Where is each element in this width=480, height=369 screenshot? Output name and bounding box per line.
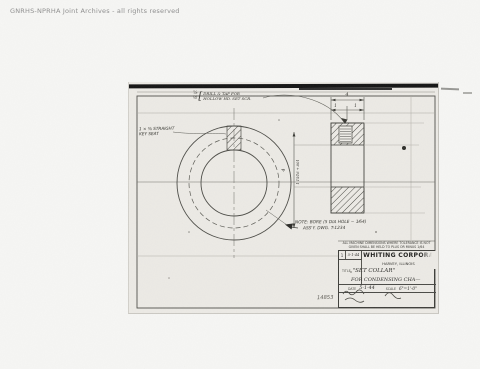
- date-label: DATE: [348, 287, 356, 291]
- archive-watermark: GNRHS-NPRHA Joint Archives - all rights …: [10, 7, 180, 15]
- scan-artifact-dash: [441, 88, 459, 91]
- set-screw-note: ⅝ ½ [ DRILL & TAP FOR HOLLOW HD. SET SCR…: [193, 92, 251, 101]
- keyseat-note-line2: KEY SEAT: [139, 131, 174, 137]
- tapped-hole: [339, 126, 352, 143]
- scale-value: 6"=1'-0": [399, 286, 417, 291]
- section-hatch-bottom: [331, 187, 364, 213]
- date-scale-row: DATE 5-1-44 SCALE 6"=1'-0": [339, 284, 436, 293]
- dim-width-left: 1: [330, 105, 341, 110]
- title-block: 1 5-1-44 WHITING CORPORA HARVEY, ILLINOI…: [338, 250, 435, 308]
- title-label: TITLE: [342, 269, 351, 273]
- title-value: "SET COLLAR": [353, 268, 395, 274]
- drawing-sheet: ⅝ ½ [ DRILL & TAP FOR HOLLOW HD. SET SCR…: [128, 82, 439, 314]
- set-screw-fractions: ⅝ ½: [193, 92, 197, 101]
- dim-bore-height: 1 15⁄16 +.001: [296, 155, 304, 189]
- keyseat-leader: [173, 132, 226, 134]
- tolerance-fine-print: ALL MACHINE DIMENSIONS WHERE TOLERANCE I…: [338, 241, 435, 249]
- set-screw-note-line2: HOLLOW HD. SET SCR.: [203, 97, 251, 102]
- note-bracket: [: [198, 92, 202, 101]
- company-location: HARVEY, ILLINOIS: [362, 262, 435, 266]
- dim-width-total: 4: [339, 93, 355, 99]
- date-value: 5-1-44: [359, 286, 374, 291]
- section-view: [331, 123, 364, 213]
- dim-height-total: 4: [282, 164, 290, 176]
- dim-width-right: 1: [350, 105, 361, 110]
- scan-artifact-dash: [463, 92, 472, 94]
- keyseat-slot: [227, 126, 241, 150]
- bore-note: NOTE: BORE (5 DIA HOLE − 1⁄64) ASS'Y. DW…: [295, 220, 387, 232]
- company-fade: [421, 251, 436, 269]
- scanned-document-page: GNRHS-NPRHA Joint Archives - all rights …: [0, 0, 480, 369]
- extension-lines-faint: [364, 123, 425, 213]
- revision-date: 5-1-44: [346, 253, 361, 257]
- bore-note-line2: ASS'Y. DWG. T-1234: [295, 225, 387, 232]
- fraction-bottom: ½: [193, 97, 197, 102]
- scale-label: SCALE: [386, 287, 396, 291]
- title-row: TITLE "SET COLLAR": [342, 268, 395, 274]
- revision-row: 1 5-1-44: [339, 251, 362, 260]
- keyseat-note: 1 × ⅜ STRAIGHT KEY SEAT: [139, 126, 175, 137]
- pencil-number: 14853: [317, 296, 334, 303]
- front-view: [177, 108, 291, 258]
- tolerance-line2: GIVEN SHALL BE HELD TO PLUS OR MINUS 1/6…: [338, 245, 435, 249]
- revision-number: 1: [339, 251, 346, 259]
- title-subtitle: FOR CONDENSING CHA—: [351, 277, 420, 283]
